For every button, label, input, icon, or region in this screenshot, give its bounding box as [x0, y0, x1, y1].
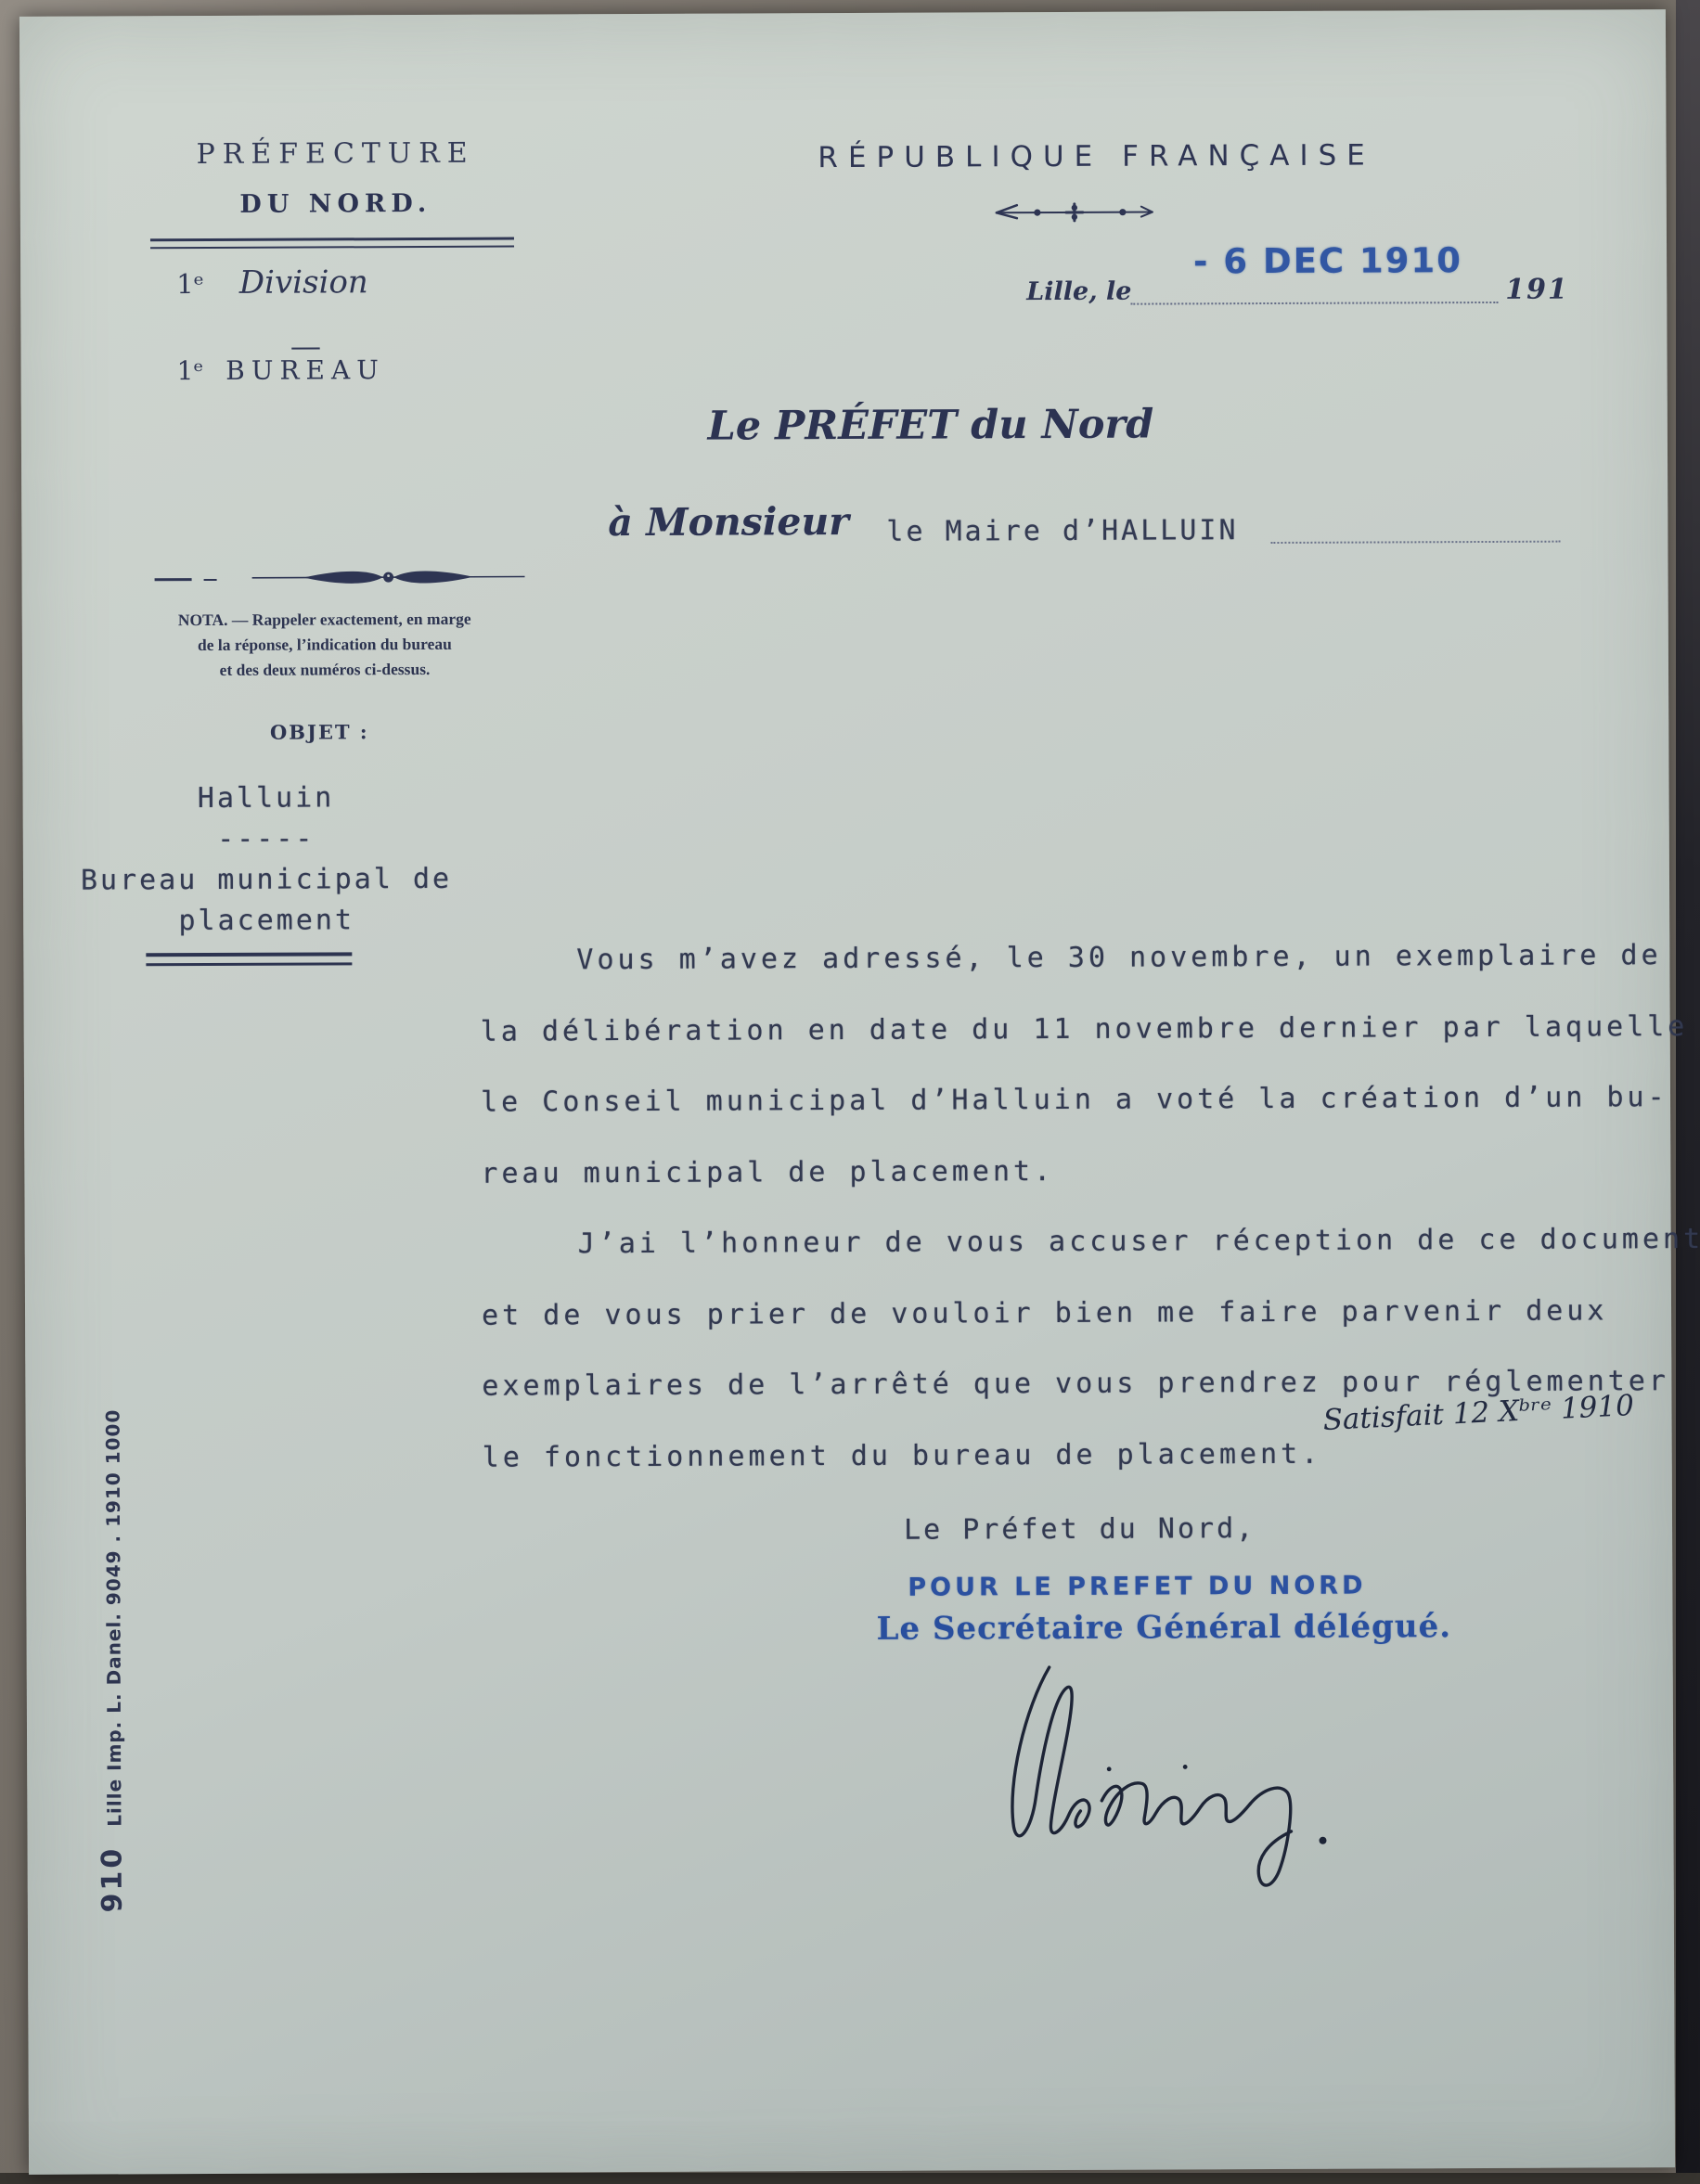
body-line: et de vous prier de vouloir bien me fair… [482, 1275, 1700, 1351]
bureau-line: 1ᵉ BUREAU [177, 354, 493, 386]
divider-ornament-icon [252, 566, 525, 589]
division-line: 1ᵉ Division [176, 263, 492, 302]
objet-line: ----- [57, 818, 476, 861]
margin-dash-small [204, 579, 217, 581]
body-line: reau municipal de placement. [481, 1133, 1700, 1209]
bureau-number: 1ᵉ [177, 355, 204, 386]
city-date-label: Lille, le [1026, 277, 1131, 306]
nota-line: de la réponse, l’indication du bureau [122, 632, 527, 659]
addressee-prefix: à Monsieur [608, 499, 849, 545]
date-stamp: - 6 DEC 1910 [1193, 240, 1462, 281]
signature-typed-title: Le Préfet du Nord, [904, 1512, 1256, 1547]
photo-background: PRÉFECTURE DU NORD. 1ᵉ Division — 1ᵉ BUR… [0, 0, 1700, 2184]
objet-line: Bureau municipal de [57, 859, 476, 902]
arrow-ornament-icon [993, 199, 1156, 226]
printer-imprint: 910 Lille Imp. L. Danel. 9049 . 1910 100… [94, 1409, 128, 1913]
handwritten-signature-icon [960, 1658, 1397, 1901]
objet-label: OBJET : [259, 720, 380, 744]
signature-stamp-line2: Le Secrétaire Général délégué. [876, 1608, 1451, 1648]
sender-title: Le PRÉFET du Nord [671, 401, 1191, 449]
objet-line: placement [57, 900, 476, 943]
printed-year: 191 [1505, 274, 1569, 306]
body-line: la délibération en date du 11 novembre d… [481, 991, 1700, 1067]
prefecture-subtitle: DU NORD. [160, 189, 512, 220]
body-line: J’ai l’honneur de vous accuser réception… [482, 1204, 1700, 1280]
signature-stamp-line1: POUR LE PREFET DU NORD [908, 1572, 1366, 1602]
division-number: 1ᵉ [176, 268, 204, 300]
objet-double-underline [146, 952, 352, 966]
imprint-text: Lille Imp. L. Danel. 9049 . 1910 1000 [101, 1409, 125, 1827]
bureau-label: BUREAU [225, 354, 385, 386]
objet-line: Halluin [57, 777, 476, 820]
nota-note: NOTA. — Rappeler exactement, en marge de… [122, 607, 527, 684]
imprint-number: 910 [97, 1846, 129, 1913]
republique-francaise-heading: RÉPUBLIQUE FRANÇAISE [763, 138, 1431, 174]
division-label: Division [239, 263, 368, 302]
body-line: le fonctionnement du bureau de placement… [483, 1417, 1700, 1493]
objet-subject: Halluin ----- Bureau municipal de placem… [57, 777, 477, 943]
prefecture-title: PRÉFECTURE [160, 137, 512, 172]
addressee-dotted-line [1270, 509, 1560, 544]
nota-line: NOTA. — Rappeler exactement, en marge [122, 607, 527, 634]
nota-line: et des deux numéros ci-dessus. [122, 657, 527, 684]
margin-dash [155, 578, 192, 581]
body-line: le Conseil municipal d’Halluin a voté la… [481, 1062, 1700, 1138]
addressee-name: le Maire d’HALLUIN [886, 514, 1238, 548]
body-line: Vous m’avez adressé, le 30 novembre, un … [480, 920, 1700, 996]
photo-dark-bottom-edge [0, 2173, 1700, 2184]
letterhead-double-rule [150, 238, 514, 250]
letter-paper: PRÉFECTURE DU NORD. 1ᵉ Division — 1ᵉ BUR… [19, 9, 1675, 2175]
